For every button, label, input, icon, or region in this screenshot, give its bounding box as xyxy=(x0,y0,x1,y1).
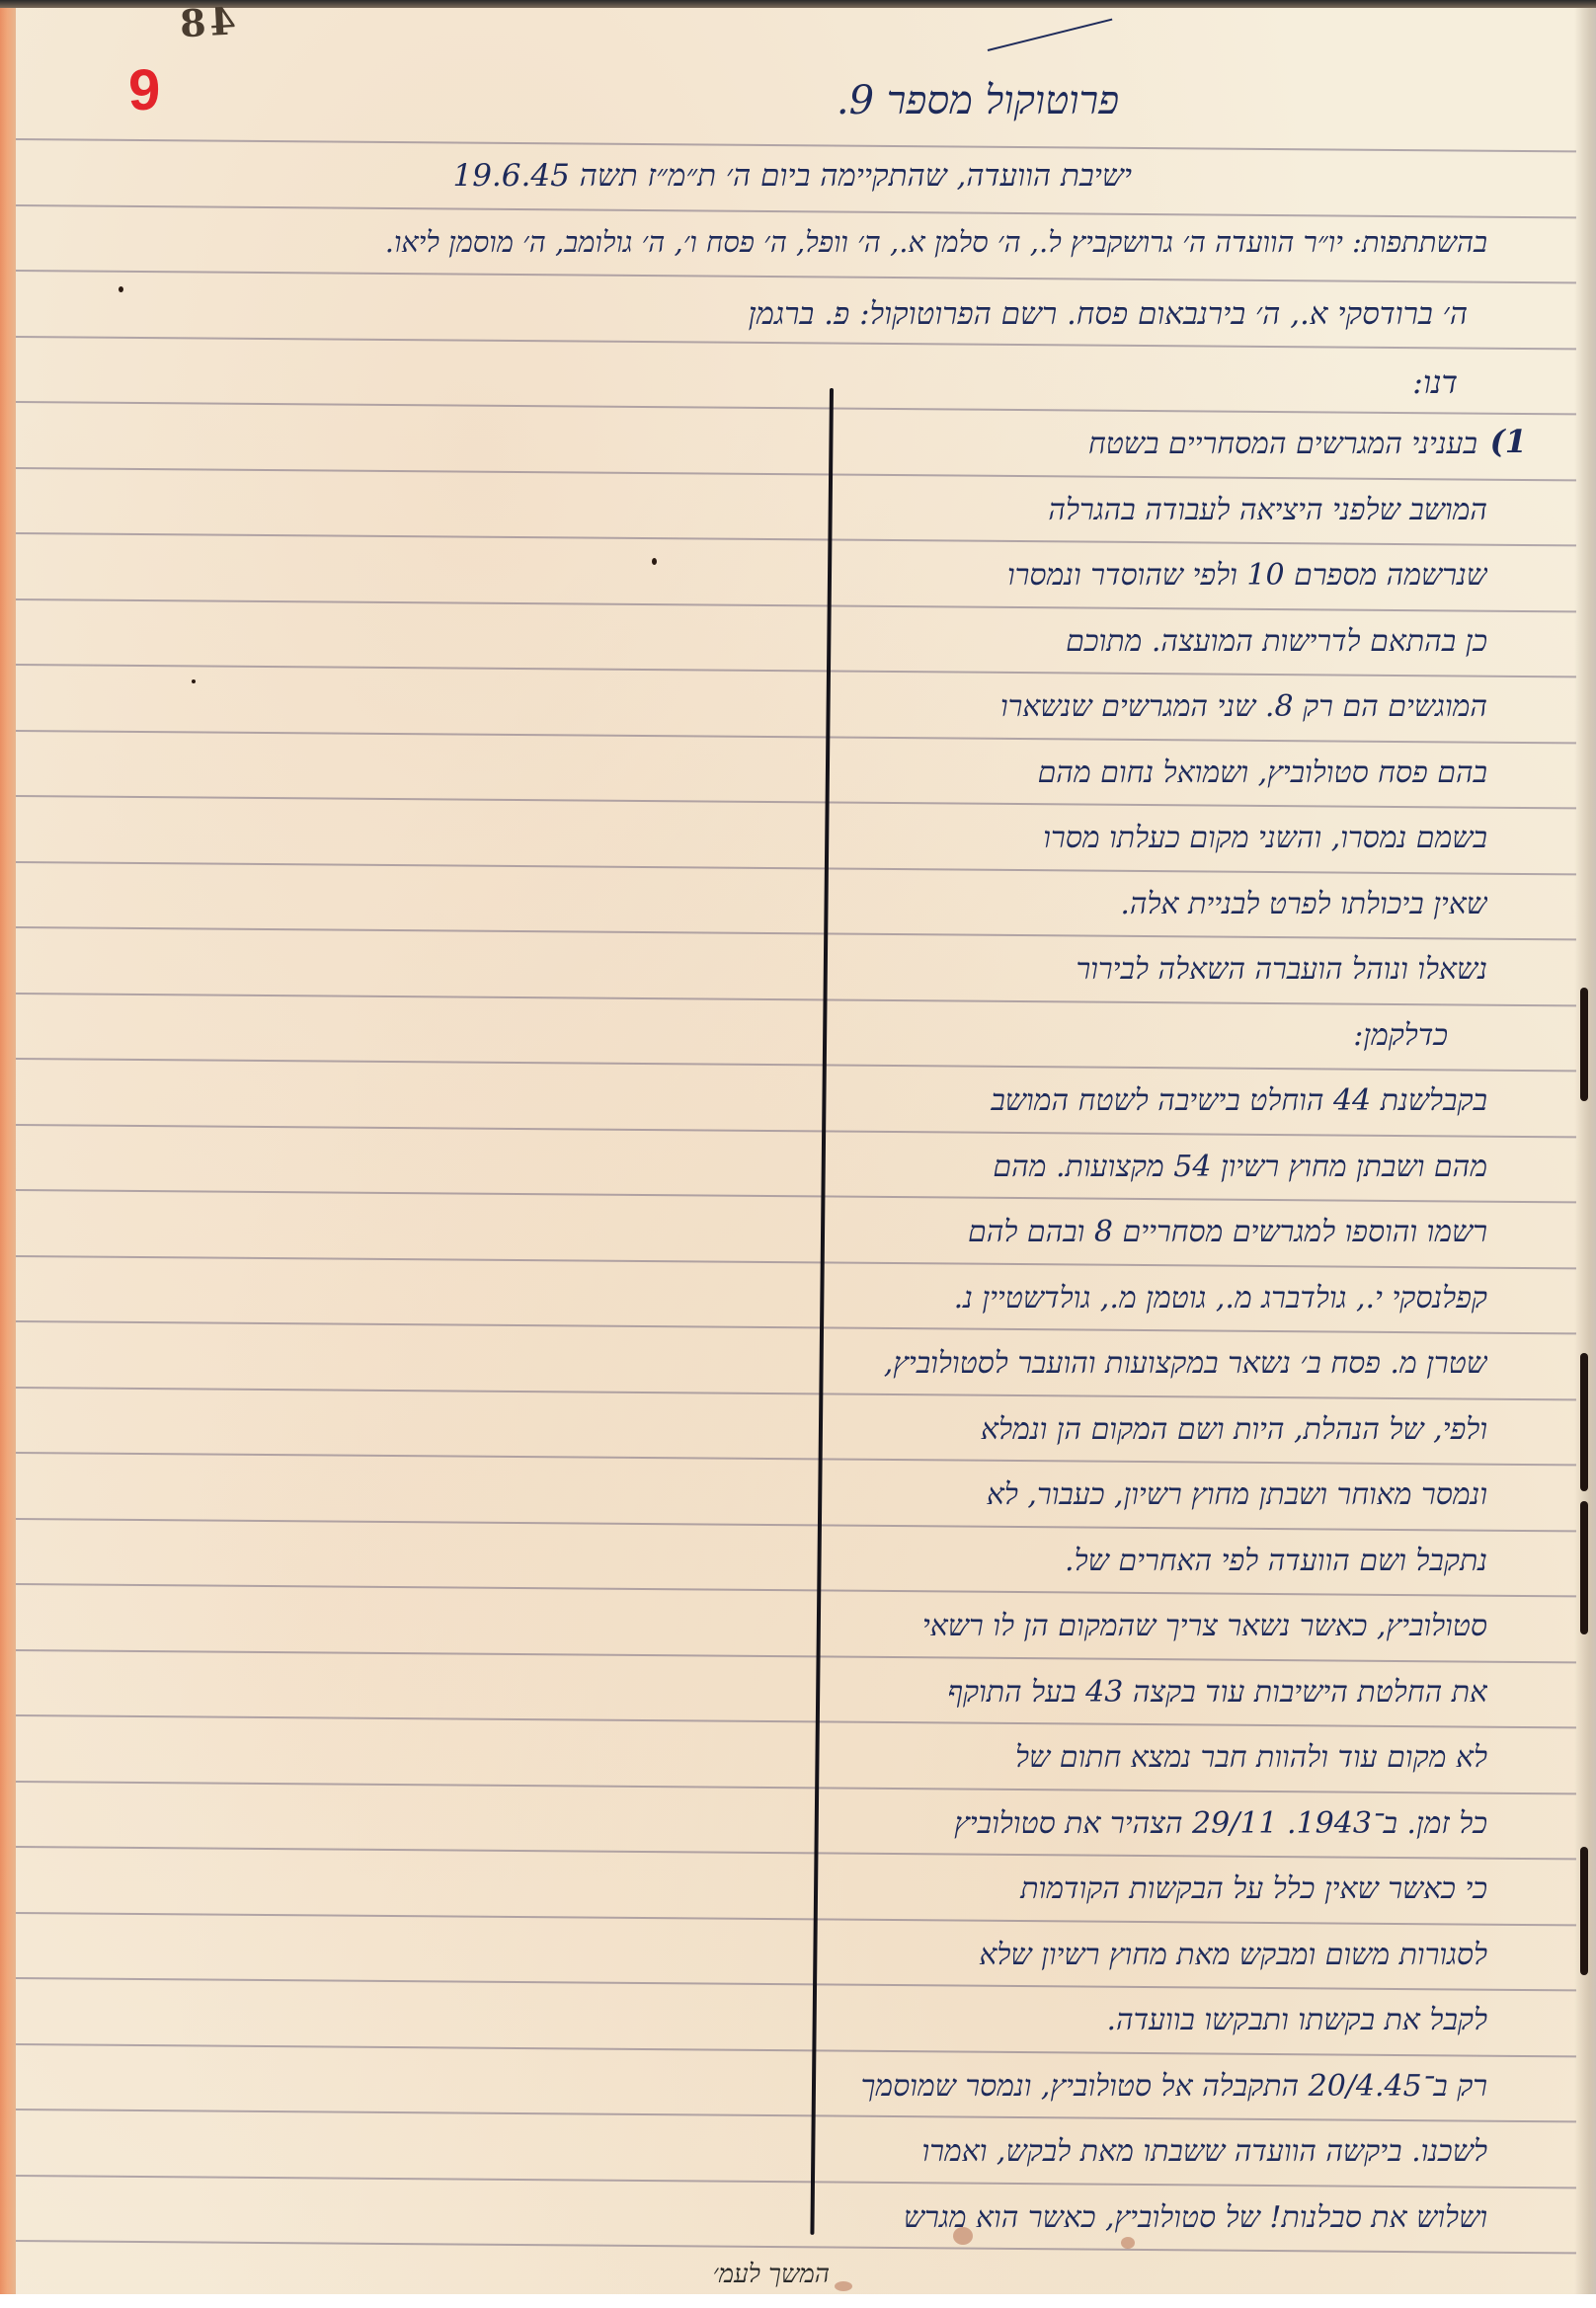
ruled-line xyxy=(16,2175,1576,2189)
paper-stain xyxy=(1121,2237,1135,2249)
ruled-line xyxy=(16,1846,1576,1860)
notebook-page: 48 9 פרוטוקול מספר 9. ישיבת הוועדה, שהתק… xyxy=(0,0,1596,2308)
header-line-participants: בהשתתפות: יו״ר הוועדה ה׳ גרושקביץ ל., ה׳… xyxy=(105,225,1487,260)
ruled-line xyxy=(16,1912,1576,1926)
ruled-line xyxy=(16,204,1576,218)
body-line: לשכנו. ביקשה הוועדה ששבתו מאת לבקש, ואמר… xyxy=(796,2134,1487,2169)
body-line: קפלנסקי י., גולדברג מ., גוטמן מ., גולדשט… xyxy=(796,1281,1487,1315)
body-line: את החלטת הישיבות עוד בקצה 43 בעל התוקף xyxy=(796,1675,1487,1710)
binding-mark xyxy=(1580,1847,1588,1975)
section-label: דנו: xyxy=(1412,363,1458,401)
body-line: מהם ושבתן מחוץ רשיון 54 מקצועות. מהם xyxy=(796,1150,1487,1184)
ink-speck xyxy=(192,679,196,683)
ruled-line xyxy=(16,1977,1576,1991)
body-line: המוגשים הם רק 8. שני המגרשים שנשארו xyxy=(796,689,1487,724)
body-line: רק ב־20/4.45 התקבלה אל סטולוביץ, ונמסר ש… xyxy=(796,2069,1487,2104)
catchword-footer: המשך לעמ׳ xyxy=(632,2260,830,2289)
ruled-line xyxy=(16,1518,1576,1532)
body-line: לא מקום עוד ולהוות חבר נמצא חתום של xyxy=(796,1740,1487,1775)
ruled-line xyxy=(16,2109,1576,2122)
ruled-line xyxy=(16,336,1576,350)
ruled-line xyxy=(16,1583,1576,1597)
ruled-line xyxy=(16,730,1576,744)
body-line: כי כאשר שאין כלל על הבקשות הקודמות xyxy=(796,1871,1487,1906)
ink-speck xyxy=(652,558,657,565)
ruled-line xyxy=(16,861,1576,875)
body-line: שנרשמה מספרם 10 ולפי שהוסדר ונמסרו xyxy=(796,558,1487,593)
body-line: כל זמן. ב־1943. 29/11 הצהיר את סטולוביץ xyxy=(796,1806,1487,1841)
body-line: לסגורות משום ומבקש מאת מחוץ רשיון שלא xyxy=(796,1938,1487,1972)
binding-mark xyxy=(1580,988,1588,1101)
ruled-line xyxy=(16,1714,1576,1728)
ruled-line xyxy=(16,1387,1576,1400)
ruled-line xyxy=(16,1189,1576,1203)
binding-mark xyxy=(1580,1353,1588,1491)
body-line: נשאלו ונוהל הועברה השאלה לבירור xyxy=(796,952,1487,987)
ruled-line xyxy=(16,270,1576,283)
binding-strip xyxy=(0,8,16,2294)
body-line: שאין ביכולתו לפרט לבניית אלה. xyxy=(796,887,1487,921)
body-line: כן בהתאם לדרישות המועצה. מתוכם xyxy=(796,624,1487,659)
body-line: שטרן מ. פסח ב׳ נשאר במקצועות והועבר לסטו… xyxy=(796,1346,1487,1381)
scan-bottom-edge xyxy=(0,2294,1596,2308)
ruled-line xyxy=(16,664,1576,677)
ruled-line xyxy=(16,1452,1576,1466)
ruled-line xyxy=(16,2043,1576,2057)
item-marker: 1) xyxy=(1490,423,1527,460)
archive-number: 9 xyxy=(128,57,160,123)
page-title: פרוטוקול מספר 9. xyxy=(810,77,1146,123)
ruled-line xyxy=(16,1649,1576,1663)
body-line: ולפי, של הנהלת, היות ושם המקום הן ונמלא xyxy=(796,1412,1487,1447)
body-line: בהם פסח סטולוביץ, ושמואל נחום מהם xyxy=(796,756,1487,790)
ruled-line xyxy=(16,532,1576,546)
body-line: נתקבל ושם הוועדה לפי האחרים של. xyxy=(796,1544,1487,1578)
ruled-line xyxy=(16,795,1576,809)
ruled-line xyxy=(16,138,1576,152)
pencil-page-number: 48 xyxy=(175,0,237,46)
ruled-line xyxy=(16,1255,1576,1269)
ruled-line xyxy=(16,2240,1576,2254)
ruled-line xyxy=(16,1781,1576,1794)
body-line: ונמסר מאוחר ושבתן מחוץ רשיון, כעבור, לא xyxy=(796,1477,1487,1512)
body-line: סטולוביץ, כאשר נשאר צריך שהמקום הן לו רש… xyxy=(796,1609,1487,1643)
body-line: המושב שלפני היציאה לעבודה בהגרלה xyxy=(796,493,1487,527)
header-line-recorder: ה׳ ברודסקי א., ה׳ בירנבאום פסח. רשם הפרו… xyxy=(381,296,1468,332)
body-line: לקבל את בקשתו ותבקשו בוועדה. xyxy=(796,2003,1487,2037)
body-line: בעניני המגרשים המסחריים בשטח xyxy=(786,427,1477,461)
binding-mark xyxy=(1580,1501,1588,1634)
ruled-line xyxy=(16,1124,1576,1138)
body-line: בשמם נמסרו, והשני מקום כעלתו מסרו xyxy=(796,821,1487,855)
ruled-line xyxy=(16,598,1576,612)
body-line: ושלוש את סבלנות! של סטולוביץ, כאשר הוא מ… xyxy=(796,2200,1487,2235)
body-line: רשמו והוספו למגרשים מסחריים 8 ובהם להם xyxy=(796,1215,1487,1249)
ruled-line xyxy=(16,1320,1576,1334)
paper-stain xyxy=(953,2227,973,2245)
ruled-line xyxy=(16,1058,1576,1072)
scan-top-edge xyxy=(0,0,1596,8)
ruled-line xyxy=(16,467,1576,481)
ruled-line xyxy=(16,401,1576,415)
ruled-line xyxy=(16,993,1576,1006)
header-line-date: ישיבת הוועדה, שהתקיימה ביום ה׳ ת״מ״ז תשה… xyxy=(45,158,1132,194)
body-line: בקבלשנת 44 הוחלט בישיבה לשטח המושב xyxy=(796,1083,1487,1118)
body-line: כדלקמן: xyxy=(757,1018,1448,1053)
title-flourish xyxy=(988,19,1113,51)
ink-speck xyxy=(119,286,123,292)
ruled-line xyxy=(16,926,1576,940)
paper-stain xyxy=(835,2281,852,2291)
